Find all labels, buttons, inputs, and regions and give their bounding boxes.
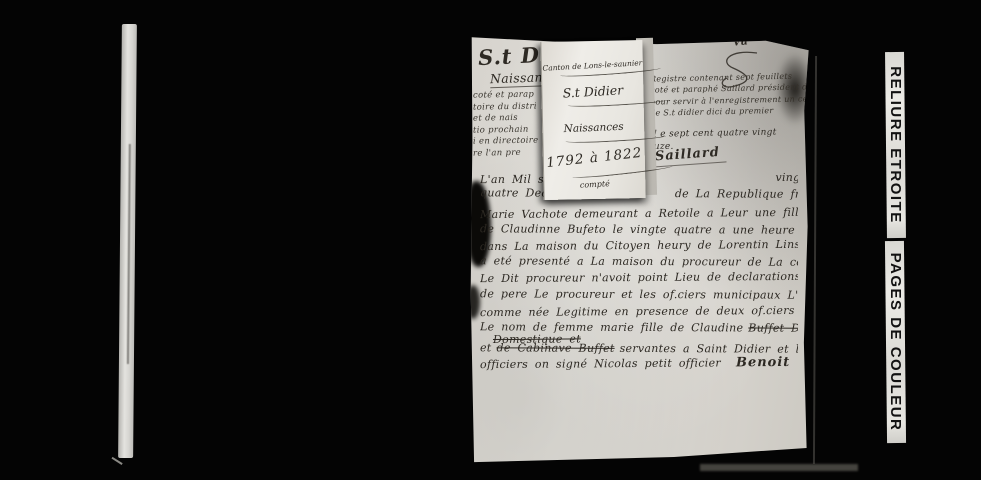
act-line: a eté presenté a La maison du procureur … bbox=[480, 254, 798, 268]
archive-label-slip: Canton de Lons-le-saunier S.t Didier Nai… bbox=[540, 40, 645, 200]
slip-acte-type: Naissances bbox=[543, 120, 644, 136]
act-line: etde Cabinave Buffetservantes a Saint Di… bbox=[480, 341, 798, 355]
label-text: PAGES DE COULEUR bbox=[886, 241, 905, 443]
slip-note: compté bbox=[544, 177, 645, 192]
act-line: dans La maison du Citoyen heury de Loren… bbox=[480, 238, 798, 253]
left-page-edge bbox=[118, 24, 137, 458]
act-line: de pere Le procureur et les of.ciers mun… bbox=[480, 287, 798, 301]
film-label-reliure-etroite: RELIURE ETROITE bbox=[886, 52, 905, 238]
film-label-pages-couleur: PAGES DE COULEUR bbox=[886, 241, 905, 443]
act-line: officiers on signé Nicolas petit officie… bbox=[480, 355, 798, 372]
act-line: de Claudinne Bufeto le vingte quatre a u… bbox=[480, 222, 798, 236]
microfilm-frame: S.t Didier Naissances coté et parap toir… bbox=[0, 0, 981, 480]
page-stack-edge bbox=[813, 56, 817, 464]
benoit-signature: Benoit Therrando bbox=[736, 355, 798, 370]
act-line: Marie Vachote demeurant a Retoile a Leur… bbox=[480, 206, 798, 221]
act-line: comme née Legitime en presence de deux o… bbox=[480, 304, 798, 319]
act-line: Le Dit procureur n'avoit point Lieu de d… bbox=[480, 270, 798, 285]
page-stack-bottom-edge bbox=[700, 464, 858, 471]
label-text: RELIURE ETROITE bbox=[886, 52, 905, 238]
